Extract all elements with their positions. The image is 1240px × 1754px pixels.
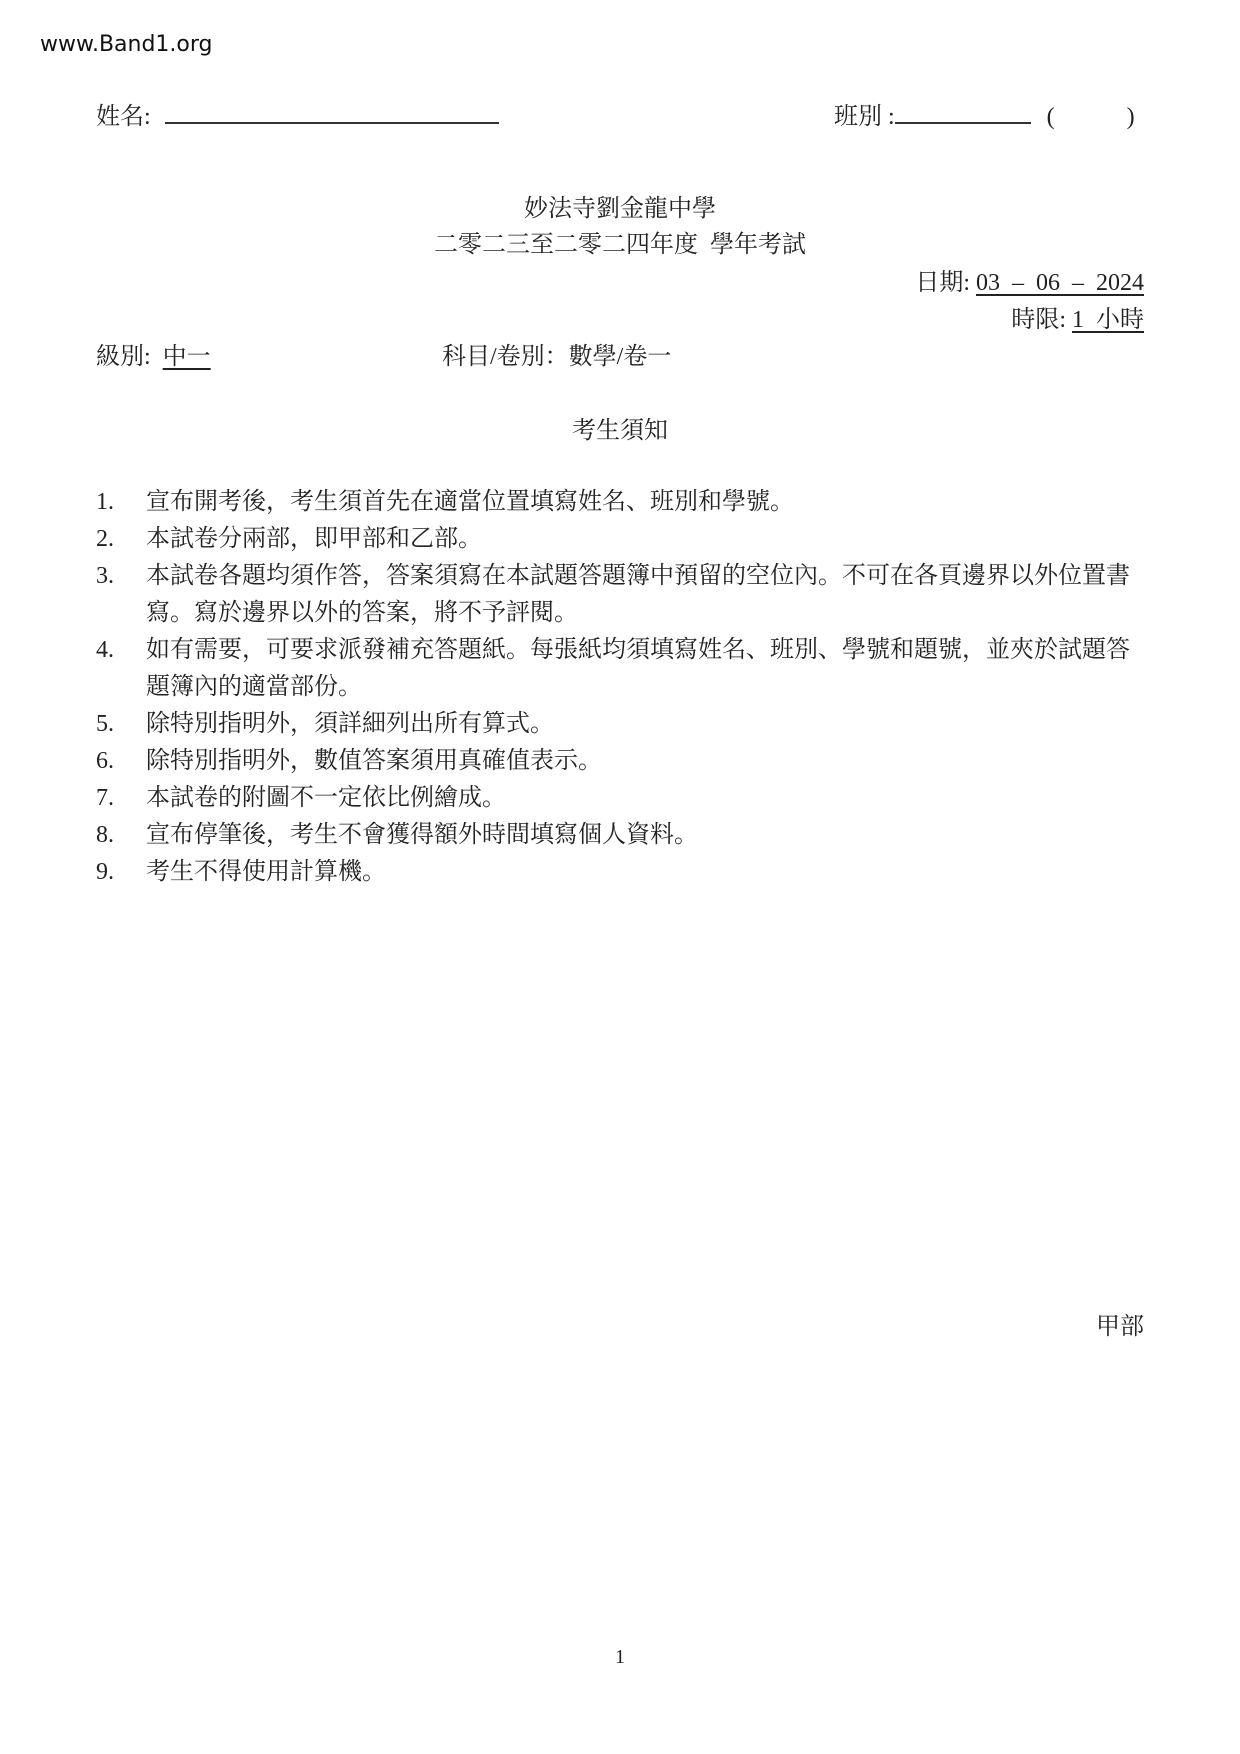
class-label: 班別 : xyxy=(834,104,895,130)
time-row: 時限: 1 小時 xyxy=(1011,299,1144,334)
date-row: 日期: 03 – 06 – 2024 xyxy=(915,262,1144,297)
instruction-item: 4.如有需要，可要求派發補充答題紙。每張紙均須填寫姓名、班別、學號和題號，並夾於… xyxy=(96,632,1146,706)
class-number-paren-open: ( xyxy=(1047,104,1055,130)
instruction-item: 1.宣布開考後，考生須首先在適當位置填寫姓名、班別和學號。 xyxy=(96,484,1146,521)
section-label: 甲部 xyxy=(1096,1306,1144,1341)
class-number-paren-close: ) xyxy=(1127,104,1135,130)
class-field: 班別 : ( ) xyxy=(834,96,1135,131)
date-value: 03 – 06 – 2024 xyxy=(976,270,1144,296)
time-label: 時限: xyxy=(1011,307,1066,333)
instructions-list: 1.宣布開考後，考生須首先在適當位置填寫姓名、班別和學號。 2.本試卷分兩部，即… xyxy=(96,484,1146,891)
level-value: 中一 xyxy=(163,344,211,370)
exam-title: 二零二三至二零二四年度 學年考試 xyxy=(0,224,1240,259)
instruction-item: 5.除特別指明外，須詳細列出所有算式。 xyxy=(96,706,1146,743)
instruction-item: 9.考生不得使用計算機。 xyxy=(96,854,1146,891)
subject-paper: 科目/卷別：數學/卷一 xyxy=(442,336,671,371)
time-value: 1 小時 xyxy=(1072,307,1144,333)
name-blank[interactable] xyxy=(165,121,499,124)
date-label: 日期: xyxy=(915,270,970,296)
school-name: 妙法寺劉金龍中學 xyxy=(0,188,1240,223)
page-number: 1 xyxy=(0,1646,1240,1669)
level-label: 級別: xyxy=(96,344,151,370)
instructions-heading: 考生須知 xyxy=(0,410,1240,445)
class-blank[interactable] xyxy=(895,121,1031,124)
watermark: www.Band1.org xyxy=(40,32,213,57)
instruction-item: 8.宣布停筆後，考生不會獲得額外時間填寫個人資料。 xyxy=(96,817,1146,854)
instruction-item: 3.本試卷各題均須作答，答案須寫在本試題答題簿中預留的空位內。不可在各頁邊界以外… xyxy=(96,558,1146,632)
name-label: 姓名: xyxy=(96,104,151,130)
instruction-item: 7.本試卷的附圖不一定依比例繪成。 xyxy=(96,780,1146,817)
name-field: 姓名: xyxy=(96,96,499,131)
level-row: 級別: 中一 xyxy=(96,336,211,371)
instruction-item: 2.本試卷分兩部，即甲部和乙部。 xyxy=(96,521,1146,558)
instruction-item: 6.除特別指明外，數值答案須用真確值表示。 xyxy=(96,743,1146,780)
